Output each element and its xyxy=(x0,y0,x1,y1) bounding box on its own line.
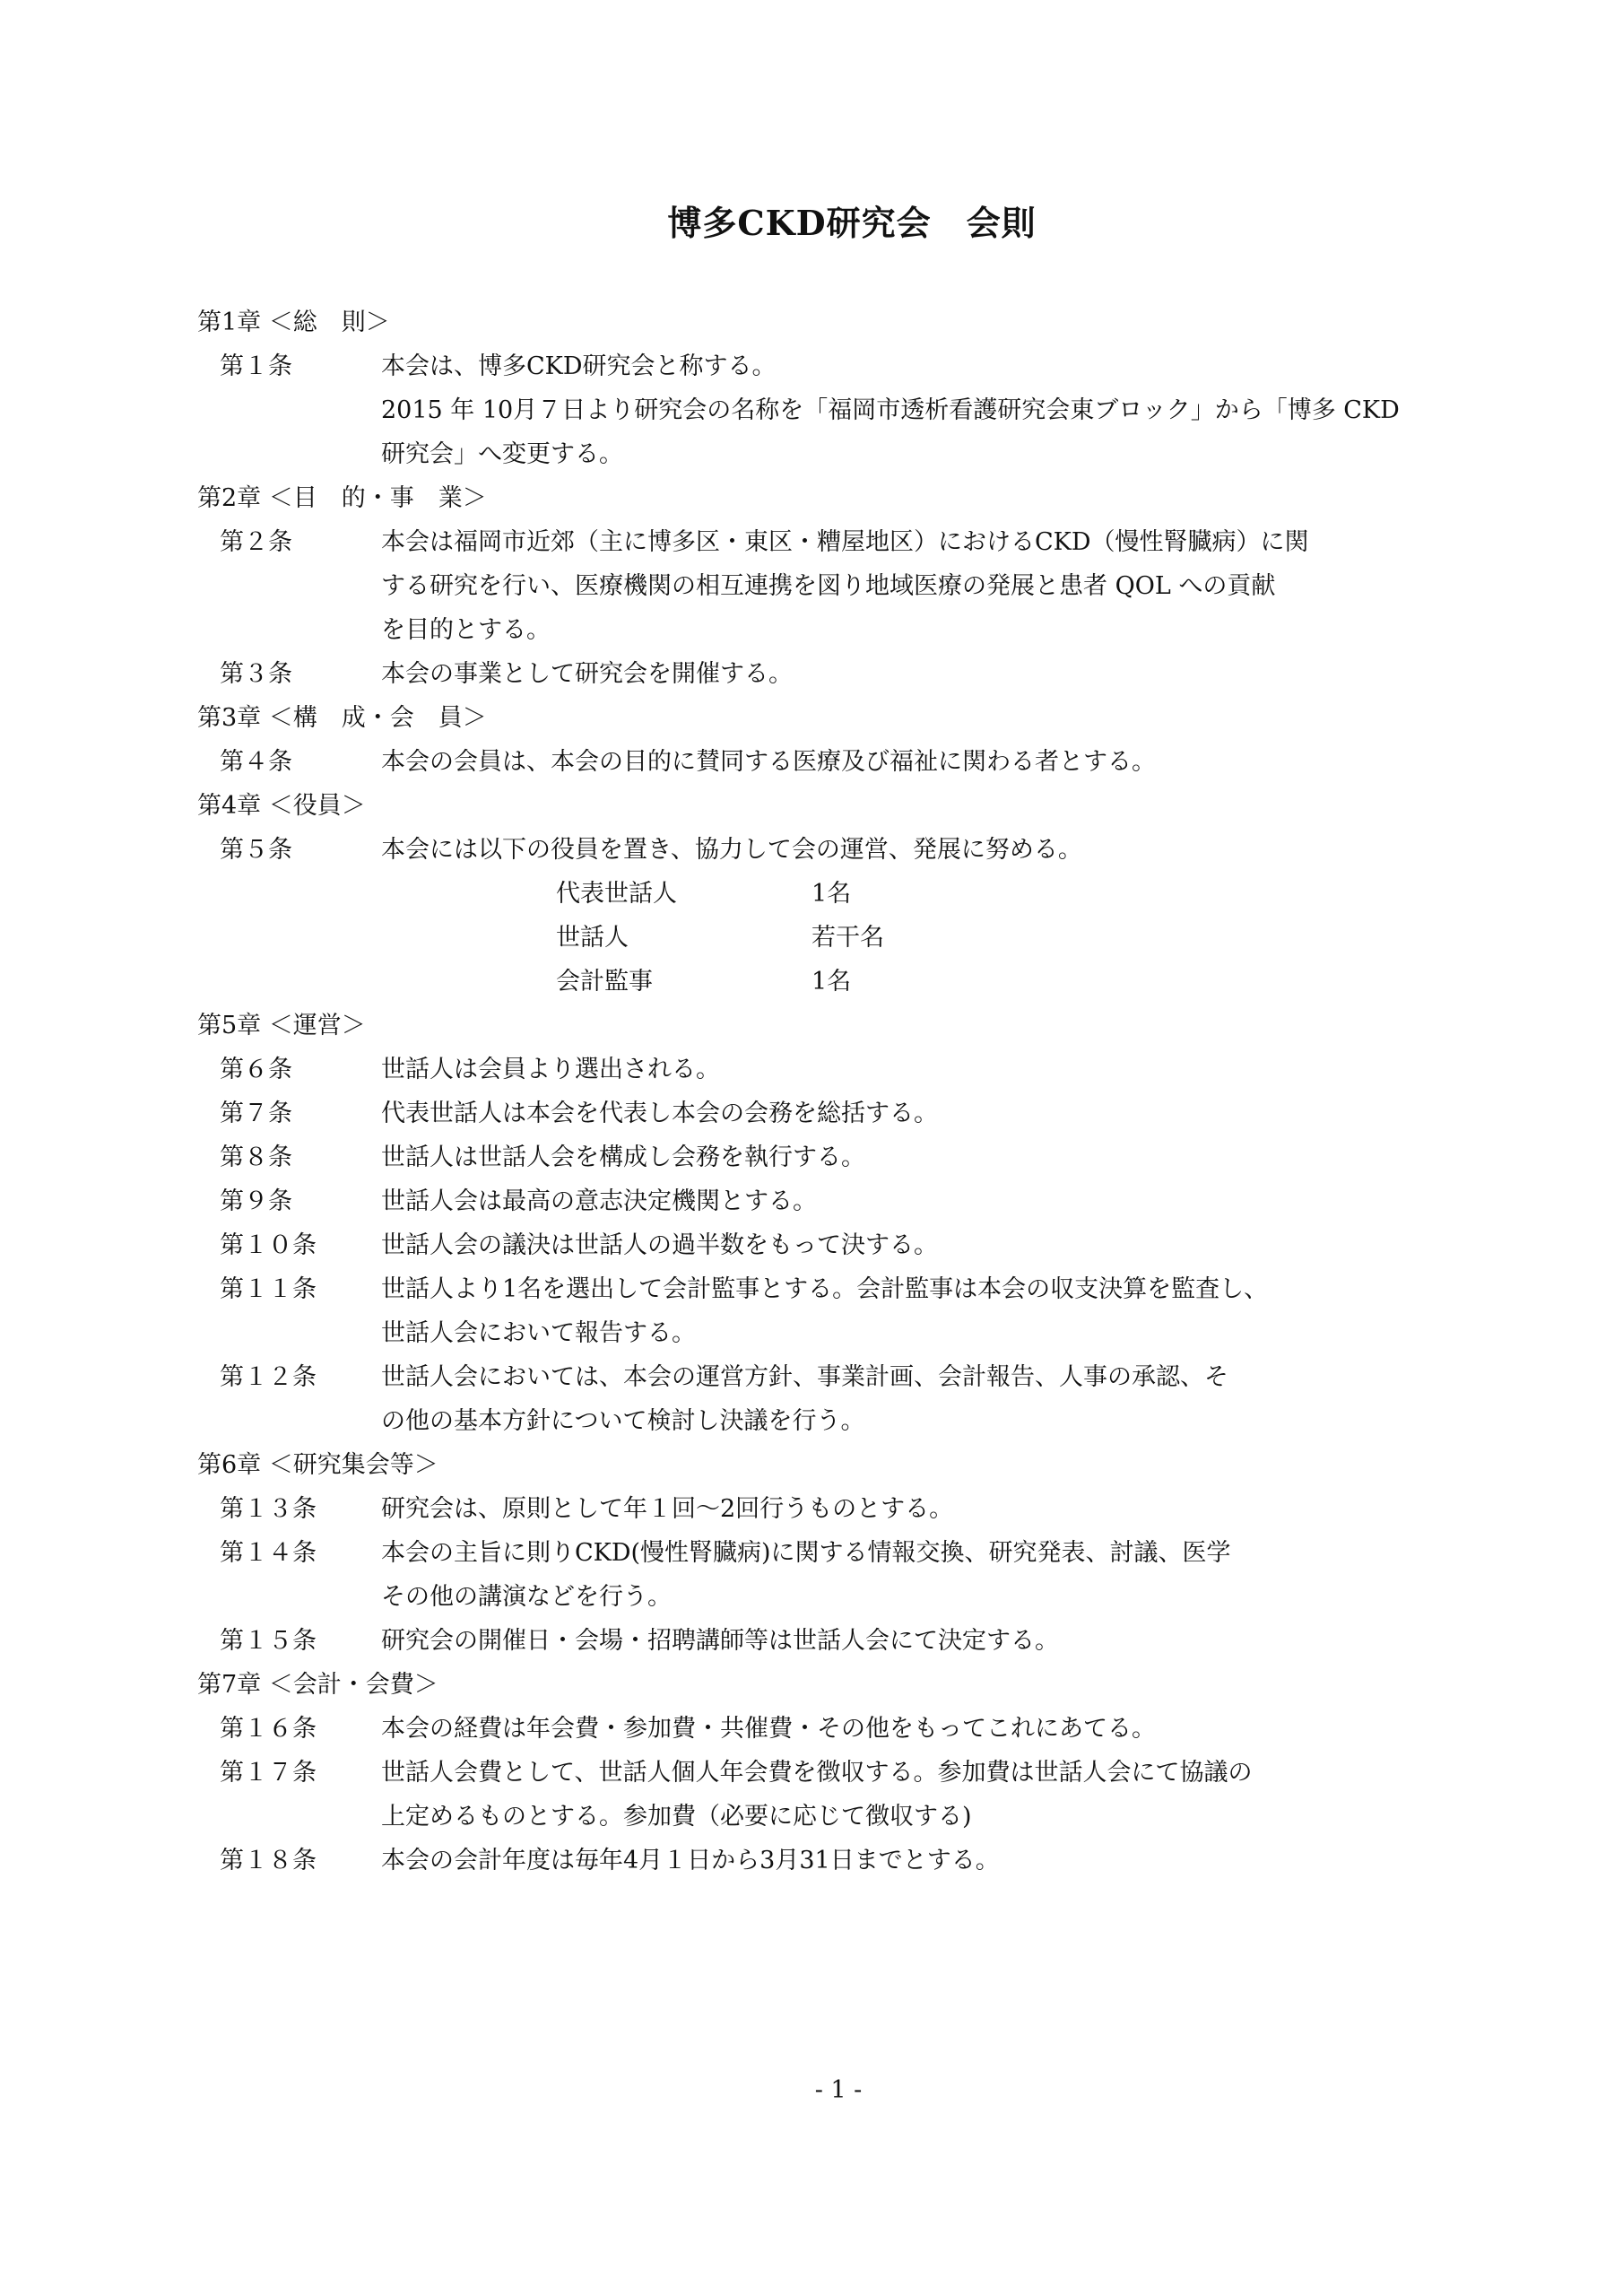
article-text: 代表世話人は本会を代表し本会の会務を総括する。 xyxy=(381,1091,1471,1135)
chapter-6: 第6章 ＜研究集会等＞ 第１３条 研究会は、原則として年１回～2回行うものとする… xyxy=(197,1443,1471,1663)
role-name: 会計監事 xyxy=(556,960,811,1004)
article-8: 第８条 世話人は世話人会を構成し会務を執行する。 xyxy=(197,1135,1471,1179)
article-text: 本会の経費は年会費・参加費・共催費・その他をもってこれにあてる。 xyxy=(381,1707,1471,1751)
article-line: 本会は福岡市近郊（主に博多区・東区・糟屋地区）におけるCKD（慢性腎臓病）に関 xyxy=(381,520,1471,564)
chapter-heading: 第2章 ＜目 的・事 業＞ xyxy=(197,476,1471,520)
article-4: 第４条 本会の会員は、本会の目的に賛同する医療及び福祉に関わる者とする。 xyxy=(197,740,1471,784)
article-6: 第６条 世話人は会員より選出される。 xyxy=(197,1048,1471,1091)
article-16: 第１６条 本会の経費は年会費・参加費・共催費・その他をもってこれにあてる。 xyxy=(197,1707,1471,1751)
article-text: 世話人会においては、本会の運営方針、事業計画、会計報告、人事の承認、そ の他の基… xyxy=(381,1355,1471,1443)
article-text: 本会は福岡市近郊（主に博多区・東区・糟屋地区）におけるCKD（慢性腎臓病）に関 … xyxy=(381,520,1471,652)
article-13: 第１３条 研究会は、原則として年１回～2回行うものとする。 xyxy=(197,1487,1471,1531)
article-line: を目的とする。 xyxy=(381,608,1471,652)
article-text: 本会の主旨に則りCKD(慢性腎臓病)に関する情報交換、研究発表、討議、医学 その… xyxy=(381,1531,1471,1619)
article-line: 上定めるものとする。参加費（必要に応じて徴収する) xyxy=(381,1795,1471,1839)
document-title: 博多CKD研究会 会則 xyxy=(0,196,1623,245)
article-2: 第２条 本会は福岡市近郊（主に博多区・東区・糟屋地区）におけるCKD（慢性腎臓病… xyxy=(197,520,1471,652)
article-line: 世話人会の議決は世話人の過半数をもって決する。 xyxy=(381,1223,1471,1267)
article-text: 世話人会は最高の意志決定機関とする。 xyxy=(381,1179,1471,1223)
article-15: 第１５条 研究会の開催日・会場・招聘講師等は世話人会にて決定する。 xyxy=(197,1619,1471,1663)
article-number: 第３条 xyxy=(197,652,381,696)
article-14: 第１４条 本会の主旨に則りCKD(慢性腎臓病)に関する情報交換、研究発表、討議、… xyxy=(197,1531,1471,1619)
article-number: 第１条 xyxy=(197,344,381,476)
article-number: 第１３条 xyxy=(197,1487,381,1531)
officer-role: 代表世話人 1名 xyxy=(556,872,1471,916)
article-number: 第１０条 xyxy=(197,1223,381,1267)
article-17: 第１７条 世話人会費として、世話人個人年会費を徴収する。参加費は世話人会にて協議… xyxy=(197,1751,1471,1839)
officer-role: 会計監事 1名 xyxy=(556,960,1471,1004)
article-number: 第６条 xyxy=(197,1048,381,1091)
article-text: 世話人は会員より選出される。 xyxy=(381,1048,1471,1091)
article-11: 第１１条 世話人より1名を選出して会計監事とする。会計監事は本会の収支決算を監査… xyxy=(197,1267,1471,1355)
article-text: 本会の会員は、本会の目的に賛同する医療及び福祉に関わる者とする。 xyxy=(381,740,1471,784)
chapter-heading: 第5章 ＜運営＞ xyxy=(197,1004,1471,1048)
article-line: 2015 年 10月７日より研究会の名称を「福岡市透析看護研究会東ブロック」から… xyxy=(381,388,1471,432)
article-number: 第１６条 xyxy=(197,1707,381,1751)
document-page: 博多CKD研究会 会則 第1章 ＜総 則＞ 第１条 本会は、博多CKD研究会と称… xyxy=(0,0,1623,2296)
officer-roles-list: 代表世話人 1名 世話人 若干名 会計監事 1名 xyxy=(197,872,1471,1004)
chapter-heading: 第7章 ＜会計・会費＞ xyxy=(197,1663,1471,1707)
article-line: 世話人会費として、世話人個人年会費を徴収する。参加費は世話人会にて協議の xyxy=(381,1751,1471,1795)
article-line: 本会の会員は、本会の目的に賛同する医療及び福祉に関わる者とする。 xyxy=(381,740,1471,784)
article-line: 世話人会は最高の意志決定機関とする。 xyxy=(381,1179,1471,1223)
article-number: 第４条 xyxy=(197,740,381,784)
article-line: 代表世話人は本会を代表し本会の会務を総括する。 xyxy=(381,1091,1471,1135)
article-line: 世話人は会員より選出される。 xyxy=(381,1048,1471,1091)
article-number: 第１２条 xyxy=(197,1355,381,1443)
article-9: 第９条 世話人会は最高の意志決定機関とする。 xyxy=(197,1179,1471,1223)
article-3: 第３条 本会の事業として研究会を開催する。 xyxy=(197,652,1471,696)
role-count: 若干名 xyxy=(811,916,884,960)
article-line: 本会は、博多CKD研究会と称する。 xyxy=(381,344,1471,388)
article-7: 第７条 代表世話人は本会を代表し本会の会務を総括する。 xyxy=(197,1091,1471,1135)
article-text: 本会の事業として研究会を開催する。 xyxy=(381,652,1471,696)
article-text: 世話人会の議決は世話人の過半数をもって決する。 xyxy=(381,1223,1471,1267)
role-count: 1名 xyxy=(811,960,851,1004)
article-line: 世話人は世話人会を構成し会務を執行する。 xyxy=(381,1135,1471,1179)
article-number: 第１５条 xyxy=(197,1619,381,1663)
article-text: 本会は、博多CKD研究会と称する。 2015 年 10月７日より研究会の名称を「… xyxy=(381,344,1471,476)
chapter-2: 第2章 ＜目 的・事 業＞ 第２条 本会は福岡市近郊（主に博多区・東区・糟屋地区… xyxy=(197,476,1471,696)
article-line: 本会の会計年度は毎年4月１日から3月31日までとする。 xyxy=(381,1839,1471,1883)
article-number: 第９条 xyxy=(197,1179,381,1223)
chapter-7: 第7章 ＜会計・会費＞ 第１６条 本会の経費は年会費・参加費・共催費・その他をも… xyxy=(197,1663,1471,1883)
chapter-3: 第3章 ＜構 成・会 員＞ 第４条 本会の会員は、本会の目的に賛同する医療及び福… xyxy=(197,696,1471,784)
article-number: 第１８条 xyxy=(197,1839,381,1883)
article-line: 本会の経費は年会費・参加費・共催費・その他をもってこれにあてる。 xyxy=(381,1707,1471,1751)
chapter-1: 第1章 ＜総 則＞ 第１条 本会は、博多CKD研究会と称する。 2015 年 1… xyxy=(197,300,1471,476)
role-name: 世話人 xyxy=(556,916,811,960)
chapter-4: 第4章 ＜役員＞ 第５条 本会には以下の役員を置き、協力して会の運営、発展に努め… xyxy=(197,784,1471,1004)
article-line: 研究会は、原則として年１回～2回行うものとする。 xyxy=(381,1487,1471,1531)
page-number: - 1 - xyxy=(0,2076,1623,2104)
article-line: 世話人より1名を選出して会計監事とする。会計監事は本会の収支決算を監査し、 xyxy=(381,1267,1471,1311)
article-text: 研究会は、原則として年１回～2回行うものとする。 xyxy=(381,1487,1471,1531)
article-line: 世話人会において報告する。 xyxy=(381,1311,1471,1355)
article-1: 第１条 本会は、博多CKD研究会と称する。 2015 年 10月７日より研究会の… xyxy=(197,344,1471,476)
article-5: 第５条 本会には以下の役員を置き、協力して会の運営、発展に努める。 xyxy=(197,828,1471,872)
article-text: 世話人より1名を選出して会計監事とする。会計監事は本会の収支決算を監査し、 世話… xyxy=(381,1267,1471,1355)
article-text: 研究会の開催日・会場・招聘講師等は世話人会にて決定する。 xyxy=(381,1619,1471,1663)
article-line: 本会には以下の役員を置き、協力して会の運営、発展に努める。 xyxy=(381,828,1471,872)
officer-role: 世話人 若干名 xyxy=(556,916,1471,960)
article-text: 本会の会計年度は毎年4月１日から3月31日までとする。 xyxy=(381,1839,1471,1883)
article-text: 世話人会費として、世話人個人年会費を徴収する。参加費は世話人会にて協議の 上定め… xyxy=(381,1751,1471,1839)
article-number: 第７条 xyxy=(197,1091,381,1135)
chapter-heading: 第3章 ＜構 成・会 員＞ xyxy=(197,696,1471,740)
chapter-5: 第5章 ＜運営＞ 第６条 世話人は会員より選出される。 第７条 代表世話人は本会… xyxy=(197,1004,1471,1443)
chapter-heading: 第6章 ＜研究集会等＞ xyxy=(197,1443,1471,1487)
article-18: 第１８条 本会の会計年度は毎年4月１日から3月31日までとする。 xyxy=(197,1839,1471,1883)
article-text: 世話人は世話人会を構成し会務を執行する。 xyxy=(381,1135,1471,1179)
article-line: 本会の事業として研究会を開催する。 xyxy=(381,652,1471,696)
role-count: 1名 xyxy=(811,872,851,916)
article-number: 第１４条 xyxy=(197,1531,381,1619)
article-line: その他の講演などを行う。 xyxy=(381,1575,1471,1619)
article-number: 第２条 xyxy=(197,520,381,652)
article-number: 第５条 xyxy=(197,828,381,872)
chapter-heading: 第4章 ＜役員＞ xyxy=(197,784,1471,828)
article-number: 第８条 xyxy=(197,1135,381,1179)
article-line: 研究会の開催日・会場・招聘講師等は世話人会にて決定する。 xyxy=(381,1619,1471,1663)
article-number: 第１７条 xyxy=(197,1751,381,1839)
document-body: 第1章 ＜総 則＞ 第１条 本会は、博多CKD研究会と称する。 2015 年 1… xyxy=(197,300,1471,1883)
article-line: 本会の主旨に則りCKD(慢性腎臓病)に関する情報交換、研究発表、討議、医学 xyxy=(381,1531,1471,1575)
role-name: 代表世話人 xyxy=(556,872,811,916)
article-line: 研究会」へ変更する。 xyxy=(381,432,1471,476)
article-text: 本会には以下の役員を置き、協力して会の運営、発展に努める。 xyxy=(381,828,1471,872)
article-number: 第１１条 xyxy=(197,1267,381,1355)
article-12: 第１２条 世話人会においては、本会の運営方針、事業計画、会計報告、人事の承認、そ… xyxy=(197,1355,1471,1443)
article-line: の他の基本方針について検討し決議を行う。 xyxy=(381,1399,1471,1443)
article-10: 第１０条 世話人会の議決は世話人の過半数をもって決する。 xyxy=(197,1223,1471,1267)
article-line: 世話人会においては、本会の運営方針、事業計画、会計報告、人事の承認、そ xyxy=(381,1355,1471,1399)
article-line: する研究を行い、医療機関の相互連携を図り地域医療の発展と患者 QOL への貢献 xyxy=(381,564,1471,608)
chapter-heading: 第1章 ＜総 則＞ xyxy=(197,300,1471,344)
